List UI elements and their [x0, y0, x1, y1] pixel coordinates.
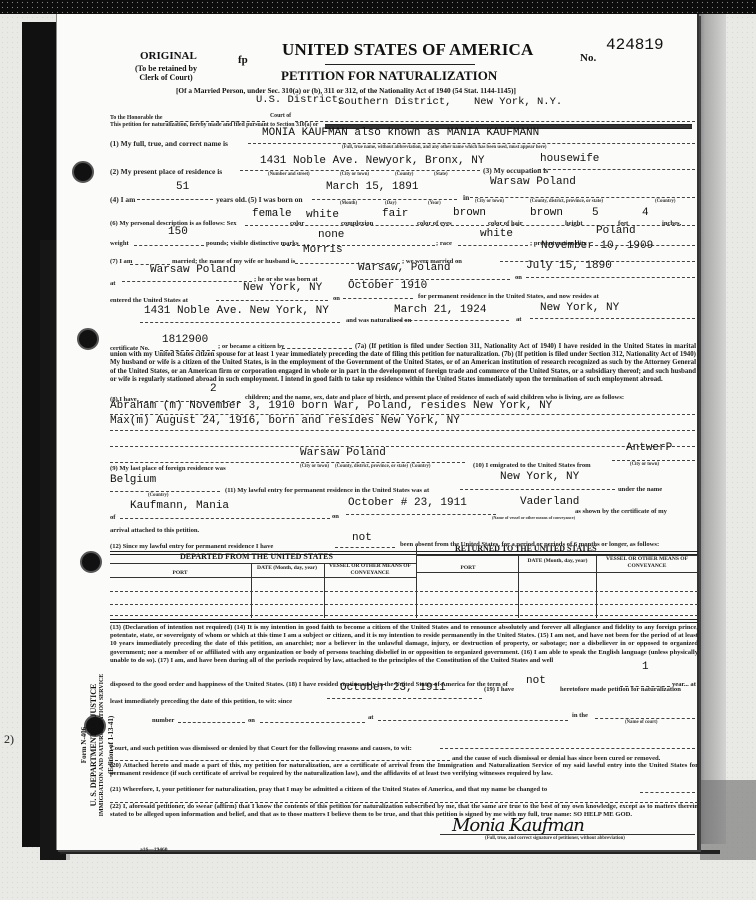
entry-name-line — [120, 518, 330, 519]
name-hint: (Full, true name, without abbreviation, … — [342, 145, 546, 150]
item7-label: (7) I am — [110, 258, 132, 265]
spouse-entry-date-line — [343, 298, 413, 299]
marriage-place-value: Warsaw Poland — [150, 264, 236, 276]
item4-label: (4) I am — [110, 195, 135, 204]
item18-prefix: disposed to the good order and happiness… — [110, 681, 508, 688]
full-name-value: MONIA KAUFMAN also known as MANIA KAUFMA… — [262, 127, 539, 139]
item7a-7b-text: (7a) (If petition is filed under Section… — [110, 343, 696, 384]
form-id: Form N-406 — [80, 660, 89, 830]
date-hint-month: (Month) — [340, 201, 357, 206]
margin-note: 2) — [4, 732, 14, 747]
signature-hint: (Full, true, and correct signature of pe… — [485, 836, 625, 841]
child-entry-1: Abraham (m) November 3, 1910 born War, P… — [110, 400, 552, 412]
height-feet-value: 5 — [592, 207, 599, 219]
residence-hint-city: (City or town) — [340, 172, 369, 177]
item11-label: (11) My lawful entry for permanent resid… — [225, 487, 429, 494]
occupation-line — [538, 169, 695, 170]
col-header-returned-vessel: VESSEL OR OTHER MEANS OF CONVEYANCE — [597, 556, 697, 569]
years-old-label: years old. — [216, 195, 247, 204]
number-label: number — [152, 717, 174, 724]
children-count-value: 2 — [210, 383, 217, 395]
table-row[interactable] — [110, 591, 698, 592]
item2-label: (2) My present place of residence is — [110, 167, 222, 176]
foreign-hint-country: (Country) — [410, 464, 431, 469]
item10-label: (10) I emigrated to the United States fr… — [473, 462, 591, 469]
child-entry-2: Max(m) August 24, 1916, born and resides… — [110, 415, 460, 427]
race-value: white — [480, 228, 513, 240]
petition-number-field[interactable] — [178, 722, 245, 723]
entry-name-value: Kaufmann, Mania — [130, 500, 229, 512]
residence-hint-county: (County) — [395, 172, 413, 177]
spouse-birth-date-line — [526, 277, 695, 278]
race-line — [458, 245, 528, 246]
foreign-hint-city: (City or town) — [300, 464, 329, 469]
spouse-entry-place-line — [216, 300, 328, 301]
residence-value: 1431 Noble Ave. Newyork, Bronx, NY — [260, 155, 484, 167]
last-foreign-residence-value: Warsaw Poland — [300, 447, 386, 459]
court-name-hint: (Name of court) — [625, 720, 658, 725]
page-corner-shadow — [700, 780, 756, 860]
age-line — [137, 199, 213, 200]
item9-label: (9) My last place of foreign residence w… — [110, 465, 226, 472]
departed-header: DEPARTED FROM THE UNITED STATES — [180, 552, 333, 561]
occupation-value: housewife — [540, 153, 599, 165]
weight-value: 150 — [168, 226, 188, 238]
name-change-line — [640, 792, 695, 793]
date-hint-year: (Year) — [428, 201, 441, 206]
spouse-birthplace-value: Warsaw, Poland — [358, 262, 450, 274]
petition-number: 424819 — [606, 36, 664, 54]
page-edge-shadow — [696, 14, 726, 844]
place-hint-city: (City or town) — [475, 199, 504, 204]
emigrated-country-line — [110, 491, 220, 492]
since-date-value: October 23, 1911 — [340, 682, 446, 694]
court-of-label: Court of — [270, 113, 291, 119]
absent-line — [335, 547, 395, 548]
date-hint-day: (Day) — [385, 201, 396, 206]
item22-oath: (22) I, aforesaid petitioner, do swear (… — [110, 803, 698, 818]
naturalized-at-label: at — [516, 316, 522, 323]
permanent-label: for permanent residence in the United St… — [418, 293, 599, 300]
petitioner-signature: Monia Kaufman — [452, 815, 584, 836]
foreign-residence-line — [110, 462, 465, 463]
age-value: 51 — [176, 181, 189, 193]
col-header-departed-port: PORT — [110, 570, 250, 577]
birth-date-value: March 15, 1891 — [326, 181, 418, 193]
spouse-naturalized-date-value: March 21, 1924 — [394, 304, 486, 316]
retained-note: (To be retained by Clerk of Court) — [130, 64, 202, 82]
spouse-born-on-label: on — [515, 274, 522, 281]
document-subtitle: PETITION FOR NATURALIZATION — [281, 68, 497, 84]
emigrated-country-value: Belgium — [110, 474, 156, 486]
place-hint-country: (Country) — [655, 199, 676, 204]
entry-date-value: October # 23, 1911 — [348, 497, 467, 509]
nationality-value: Poland — [596, 225, 636, 237]
residence-hint-state: (State) — [434, 172, 448, 177]
document-title: UNITED STATES OF AMERICA — [282, 40, 534, 60]
dismissed-text: Court, and such petition was dismissed o… — [110, 745, 412, 752]
table-divider — [416, 546, 417, 618]
spouse-entry-place-value: New York, NY — [243, 282, 322, 294]
in-label: in — [463, 193, 469, 202]
vessel-value: Vaderland — [520, 496, 579, 508]
residence-line — [240, 170, 480, 171]
number-label: No. — [580, 52, 596, 64]
birth-date-line — [312, 199, 457, 200]
eyes-value: brown — [453, 207, 486, 219]
marks-value: none — [318, 229, 344, 241]
item21-text: (21) Wherefore, I, your petitioner for n… — [110, 786, 547, 793]
signature-line — [440, 834, 695, 835]
to-honorable-label: To the Honorable the — [110, 115, 162, 121]
act-reference: [Of a Married Person, under Sec. 310(a) … — [176, 86, 516, 95]
in-the-label: in the — [572, 712, 588, 719]
punch-hole — [72, 161, 94, 183]
children-line — [110, 430, 695, 431]
court-district: Southern District, — [338, 96, 451, 108]
item3-label: (3) My occupation is — [483, 166, 548, 175]
marriage-place-line — [122, 281, 252, 282]
item19-label: (19) I have — [484, 686, 514, 693]
birth-place-line — [470, 197, 695, 198]
items-13-17-text: (13) (Declaration of intention not requi… — [110, 624, 698, 665]
table-row[interactable] — [110, 615, 698, 616]
item19-value: not — [526, 675, 546, 687]
spouse-name-value: Morris — [303, 244, 343, 256]
table-col-divider — [518, 555, 519, 618]
spouse-naturalized-date-line — [394, 320, 509, 321]
country-hint: (Country) — [148, 493, 169, 498]
item1-label: (1) My full, true, and correct name is — [110, 139, 228, 148]
prior-court-field[interactable] — [595, 718, 695, 719]
original-label: ORIGINAL — [140, 50, 197, 62]
sex-value: female — [252, 208, 292, 220]
arrival-text: arrival attached to this petition. — [110, 527, 199, 534]
punch-hole — [77, 328, 99, 350]
handwritten-annotation: fp — [238, 54, 248, 66]
term-value: 1 — [642, 661, 649, 673]
spouse-residence-line — [140, 322, 340, 323]
complexion-value: fair — [382, 208, 408, 220]
weight-label: weight — [110, 240, 129, 247]
spouse-residence-value: 1431 Noble Ave. New York, NY — [144, 305, 329, 317]
item12-label: (12) Since my lawful entry for permanent… — [110, 543, 273, 550]
under-name-label: under the name — [618, 486, 662, 493]
table-col-divider — [596, 555, 597, 618]
item19-text: heretofore made petition for naturalizat… — [560, 686, 681, 693]
table-bottom-rule — [110, 619, 698, 623]
entry-date-line — [346, 514, 496, 515]
prior-date-field[interactable] — [260, 722, 365, 723]
spouse-naturalized-place-value: New York, NY — [540, 302, 619, 314]
prior-at-label: at — [368, 714, 374, 721]
punch-hole — [80, 551, 102, 573]
spouse-entry-date-value: October 1910 — [348, 280, 427, 292]
item5-label: (5) I was born on — [248, 195, 303, 204]
table-row[interactable] — [110, 604, 698, 605]
title-underline — [325, 64, 475, 65]
form-number: a16—19460 — [140, 847, 168, 853]
marriage-date-value: November 10, 1909 — [541, 240, 653, 252]
table-header-bottom — [110, 577, 416, 578]
entered-on-label: on — [333, 295, 340, 302]
entry-place-value: New York, NY — [500, 471, 579, 483]
vessel-hint: (Name of vessel or other means of convey… — [492, 515, 575, 520]
col-header-departed-vessel: VESSEL OR OTHER MEANS OF CONVEYANCE — [325, 563, 415, 576]
returned-header: RETURNED TO THE UNITED STATES — [455, 544, 597, 553]
certificate-text: as shown by the certificate of my — [575, 508, 667, 515]
entered-label: entered the United States at — [110, 297, 188, 304]
marriage-at-label: at — [110, 280, 116, 287]
weight-line — [134, 245, 204, 246]
residence-hint-street: (Number and street) — [268, 172, 310, 177]
spouse-birth-date-value: July 15, 1890 — [526, 260, 612, 272]
cured-text: and the cause of such dismissal or denia… — [452, 755, 660, 762]
name-line — [248, 143, 695, 144]
children-line — [110, 446, 695, 447]
court-name: U.S. District, — [256, 94, 344, 106]
hair-value: brown — [530, 207, 563, 219]
emigrated-hint-city: (City or town) — [630, 462, 659, 467]
race-label: ; race — [436, 240, 452, 247]
since-label: least immediately preceding the date of … — [110, 698, 292, 705]
place-hint-county: (County, district, province, or state) — [530, 199, 603, 204]
entry-on-label: on — [332, 513, 339, 520]
dismissed-reason-line — [440, 748, 695, 749]
service-name: IMMIGRATION AND NATURALIZATION SERVICE — [98, 660, 107, 830]
spouse-naturalized-place-line — [530, 318, 695, 319]
prior-place-field[interactable] — [378, 720, 568, 721]
form-info-vertical: Form N-406 U. S. DEPARTMENT OF JUSTICE I… — [80, 660, 132, 830]
court-location: New York, N.Y. — [474, 96, 562, 108]
form-edition: (Edition of 1-13-41) — [107, 660, 116, 830]
emigrated-from-line — [612, 460, 695, 461]
prior-on-label: on — [248, 717, 255, 724]
foreign-hint-county: (County, district, province, or state) — [335, 464, 408, 469]
emigrated-from-value: AntwerP — [626, 442, 672, 454]
court-dotted-line — [295, 121, 695, 122]
of-label: of — [110, 514, 116, 521]
entry-place-line — [460, 489, 615, 490]
table-header-bottom — [416, 572, 698, 573]
height-inches-value: 4 — [642, 207, 649, 219]
department-name: U. S. DEPARTMENT OF JUSTICE — [89, 660, 98, 830]
item20-text: (20) Attached hereto and made a part of … — [110, 762, 698, 777]
col-header-returned-date: DATE (Month, day, year) — [520, 558, 595, 565]
since-date-line — [327, 698, 482, 699]
col-header-departed-date: DATE (Month, day, year) — [252, 565, 322, 572]
absent-value: not — [352, 532, 372, 544]
birth-place-value: Warsaw Poland — [490, 176, 576, 188]
col-header-returned-port: PORT — [418, 565, 518, 572]
color-value: white — [306, 209, 339, 221]
dismissed-reason-line — [110, 760, 450, 761]
